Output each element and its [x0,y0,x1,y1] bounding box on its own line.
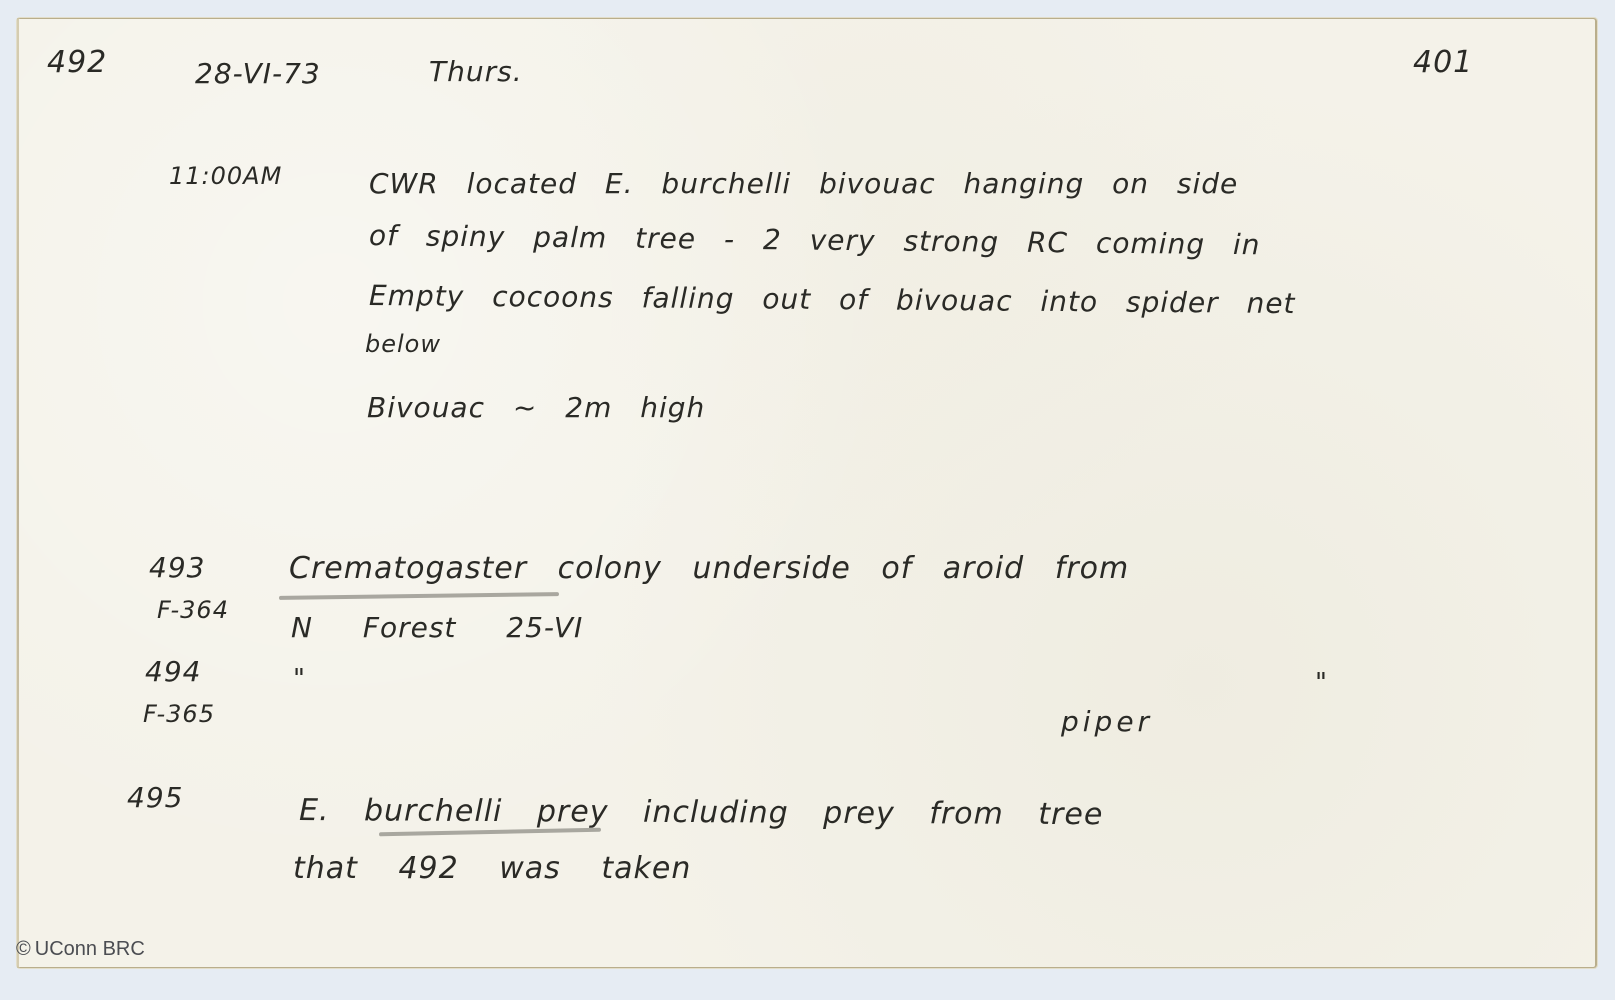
document-viewer: 492 28-VI-73 Thurs. 401 11:00AM CWR loca… [0,0,1615,1000]
copyright-icon: © [16,938,31,960]
entry-line: Empty cocoons falling out of bivouac int… [369,282,1296,318]
entry-id: 494 [145,658,201,686]
entry-line: Crematogaster colony underside of aroid … [289,554,1129,584]
ditto-mark: " [1315,670,1328,696]
host-plant-note: piper [1061,708,1153,736]
record-number: 492 [47,48,107,78]
entry-line: E. burchelli prey including prey from tr… [299,796,1104,830]
entry-id: 495 [127,784,183,812]
credit-text: UConn BRC [35,938,145,960]
field-code: F-365 [143,702,215,726]
field-code: F-364 [157,598,229,622]
entry-line: that 492 was taken [293,854,691,884]
weekday: Thurs. [429,58,523,86]
entry-line: CWR located E. burchelli bivouac hanging… [369,170,1238,198]
ditto-mark: " [293,666,306,692]
entry-line: below [365,332,441,356]
date: 28-VI-73 [195,60,321,88]
copyright-notice: ©UConn BRC [16,938,145,961]
field-note-card: 492 28-VI-73 Thurs. 401 11:00AM CWR loca… [17,18,1597,968]
entry-line: Bivouac ~ 2m high [367,394,705,422]
underline-genus [279,592,559,600]
entry-time: 11:00AM [169,164,282,188]
entry-line: of spiny palm tree - 2 very strong RC co… [369,222,1261,259]
entry-line: N Forest 25-VI [291,614,583,642]
entry-id: 493 [149,554,205,582]
page-number: 401 [1413,48,1473,78]
